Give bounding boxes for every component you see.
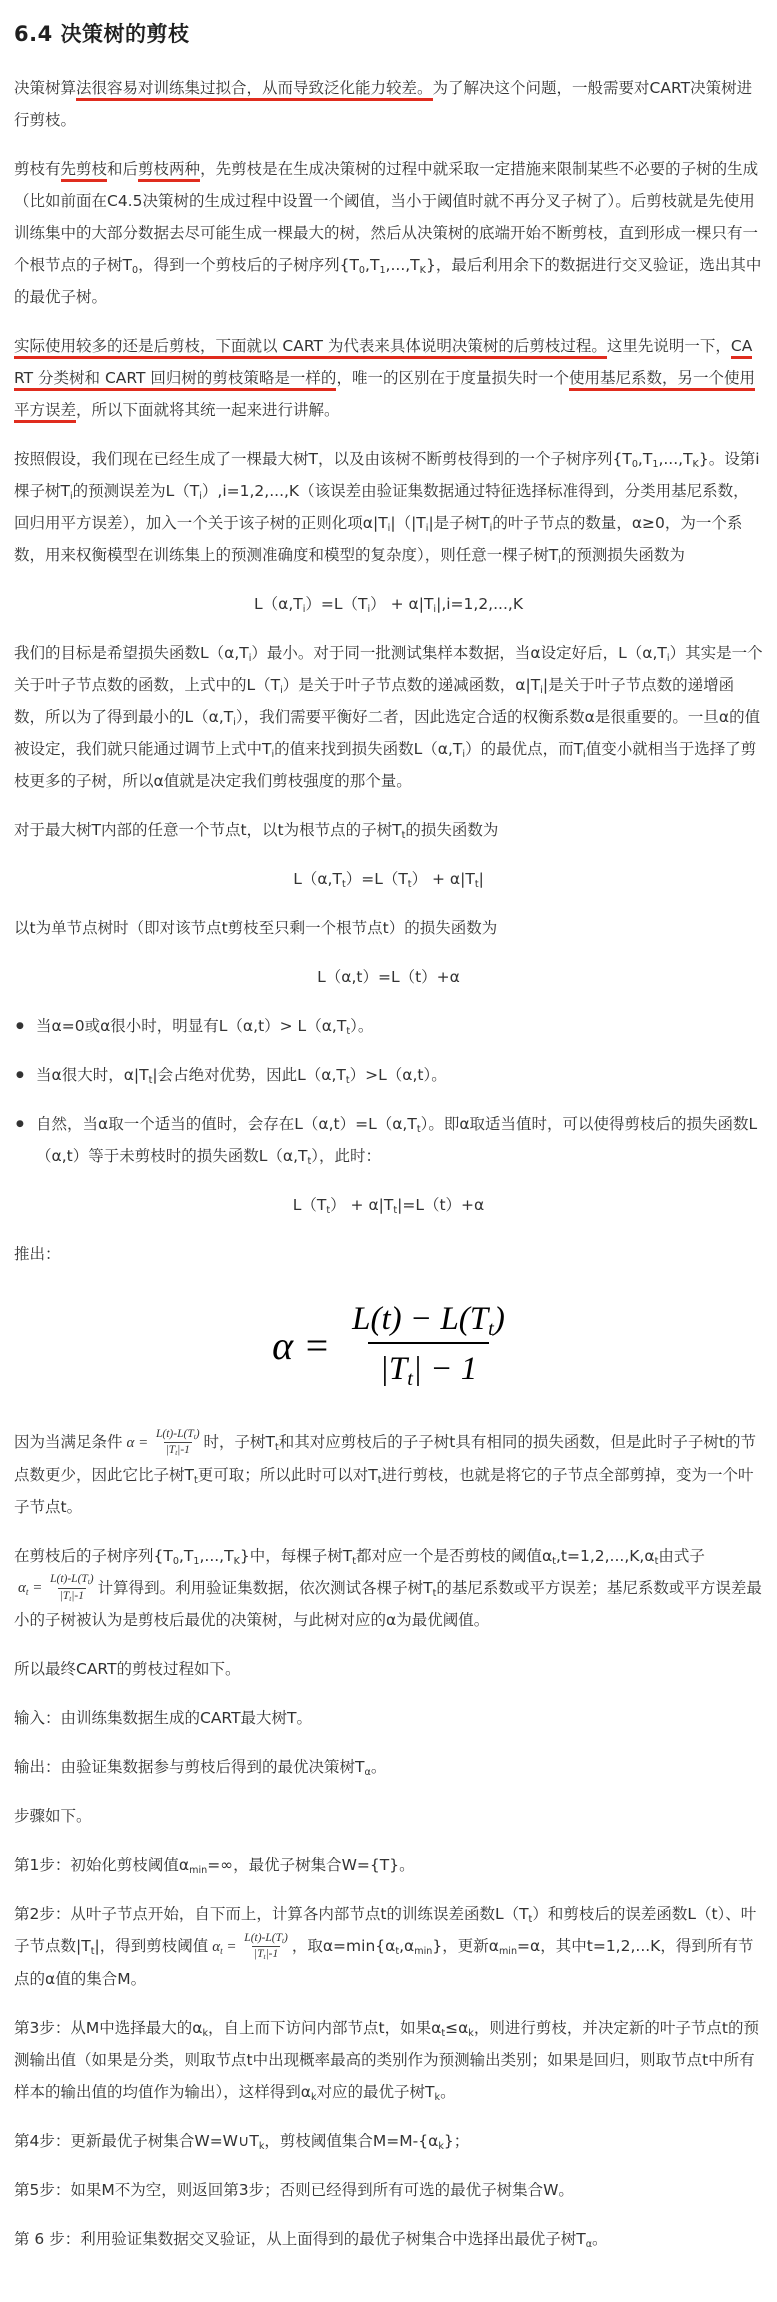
fraction-stack: L(t)-L(Tt)|Tt|-1: [50, 1572, 94, 1604]
fraction-stack: L(t)-L(Tt)|Tt|-1: [156, 1427, 200, 1459]
text-run: |,i=1,2,...,K: [436, 595, 523, 613]
text-run: ） + α|T: [412, 870, 475, 888]
paragraph: 第4步：更新最优子树集合W=W∪Tk，剪枝阈值集合M=M-{αk}；: [14, 2125, 763, 2157]
paragraph: 所以最终CART的剪枝过程如下。: [14, 1653, 763, 1685]
paragraph: 实际使用较多的还是后剪枝，下面就以 CART 为代表来具体说明决策树的后剪枝过程…: [14, 330, 763, 426]
formula-line: L（Tt） + α|Tt|=L（t）+α: [14, 1189, 763, 1221]
text-run: 第 6 步：利用验证集数据交叉验证，从上面得到的最优子树集合中选择出最优子树T: [14, 2230, 586, 2248]
text-run: ）是关于叶子节点数的递减函数，α|T: [283, 676, 540, 694]
bullet-item: ●当α很大时，α|Tt|会占绝对优势，因此L（α,Tt）>L（α,t）。: [14, 1059, 763, 1091]
text-run: min: [189, 1865, 207, 1876]
text-run: | − 1: [413, 1351, 477, 1387]
text-run: ，所以下面就将其统一起来进行讲解。: [76, 401, 340, 419]
text-run: L（α,t）=L（t）+α: [317, 968, 460, 986]
text-run: α =: [272, 1323, 340, 1368]
text-run: ): [90, 1573, 94, 1585]
inline-fraction: αt = L(t)-L(Tt)|Tt|-1: [212, 1931, 288, 1963]
text-run: 计算得到。利用验证集数据，依次测试各棵子树T: [98, 1579, 433, 1597]
text-run: ）。: [350, 1017, 373, 1035]
text-run: 我们的目标是希望损失函数L（α,T: [14, 644, 249, 662]
text-run: ），此时：: [311, 1147, 381, 1165]
text-run: 所以最终CART的剪枝过程如下。: [14, 1660, 241, 1678]
text-run: ，取α=min{α: [292, 1937, 396, 1955]
text-run: 由式子: [658, 1547, 705, 1565]
text-run: |: [479, 870, 484, 888]
text-run: 这里先说明一下，: [607, 337, 731, 355]
paragraph: 输出：由验证集数据参与剪枝后得到的最优决策树Tα。: [14, 1751, 763, 1783]
text-run: 输入：由训练集数据生成的CART最大树T。: [14, 1709, 312, 1727]
text-run: 第4步：更新最优子树集合W=W∪T: [14, 2132, 259, 2150]
text-run: 推出：: [14, 1245, 61, 1263]
text-run: }中，每棵子树T: [240, 1547, 352, 1565]
text-run: 第1步：初始化剪枝阈值α: [14, 1856, 189, 1874]
text-run: ,α: [399, 1937, 414, 1955]
bullet-icon: ●: [16, 1010, 24, 1042]
text-run: 第5步：如果M不为空，则返回第3步；否则已经得到所有可选的最优子树集合W。: [14, 2181, 574, 2199]
inline-fraction: α = L(t)-L(Tt)|Tt|-1: [127, 1427, 200, 1459]
text-run: ,T: [179, 1547, 193, 1565]
fraction-lead: α =: [272, 1322, 340, 1369]
text-run: }，更新α: [432, 1937, 499, 1955]
paragraph: 决策树算法很容易对训练集过拟合，从而导致泛化能力较差。为了解决这个问题，一般需要…: [14, 72, 763, 136]
text-run: 都对应一个是否剪枝的阈值α: [356, 1547, 552, 1565]
formula-line: L（α,Ti）=L（Ti） + α|Ti|,i=1,2,...,K: [14, 588, 763, 620]
text-run: ，唯一的区别在于度量损失时一个: [336, 369, 569, 387]
article-body: 决策树算法很容易对训练集过拟合，从而导致泛化能力较差。为了解决这个问题，一般需要…: [14, 72, 763, 2255]
text-run: ） + α|T: [370, 595, 433, 613]
text-run: ,t=1,2,...,K,α: [556, 1547, 655, 1565]
paragraph: 第 6 步：利用验证集数据交叉验证，从上面得到的最优子树集合中选择出最优子树Tα…: [14, 2223, 763, 2255]
paragraph: 推出：: [14, 1238, 763, 1270]
text-run: 按照假设，我们现在已经生成了一棵最大树T，以及由该树不断剪枝得到的一个子树序列{…: [14, 450, 632, 468]
paragraph: 输入：由训练集数据生成的CART最大树T。: [14, 1702, 763, 1734]
paragraph: 以t为单节点树时（即对该节点t剪枝至只剩一个根节点t）的损失函数为: [14, 912, 763, 944]
text-run: ，剪枝阈值集合M=M-{α: [264, 2132, 438, 2150]
paragraph: 剪枝有先剪枝和后剪枝两种，先剪枝是在生成决策树的过程中就采取一定措施来限制某些不…: [14, 153, 763, 313]
text-run: 在剪枝后的子树序列{T: [14, 1547, 173, 1565]
fraction-denominator: |Tt|-1: [164, 1442, 192, 1459]
inline-fraction: α = L(t) − L(Tt)|Tt| − 1: [272, 1296, 505, 1394]
text-run: }；: [444, 2132, 469, 2150]
article-page: 6.4 决策树的剪枝 决策树算法很容易对训练集过拟合，从而导致泛化能力较差。为了…: [0, 0, 777, 2302]
text-run: L（T: [293, 1196, 327, 1214]
text-run: α =: [127, 1435, 153, 1451]
fraction-lead: α =: [127, 1427, 153, 1459]
text-run: 当α=0或α很小时，明显有L（α,t）> L（α,T: [36, 1017, 346, 1035]
text-run: 时，子树T: [204, 1433, 275, 1451]
text-run: =: [28, 1580, 46, 1596]
text-run: 对于最大树T内部的任意一个节点t，以t为根节点的子树T: [14, 821, 402, 839]
text-run: 的损失函数为: [405, 821, 498, 839]
text-run: 第3步：从M中选择最大的α: [14, 2019, 202, 2037]
text-run: α: [18, 1580, 26, 1596]
red-underlined-text: 先剪枝: [61, 160, 108, 182]
paragraph: 步骤如下。: [14, 1800, 763, 1832]
text-run: |，得到剪枝阈值: [94, 1937, 208, 1955]
text-run: ，得到一个剪枝后的子树序列{T: [138, 256, 359, 274]
fraction-denominator: |Tt| − 1: [368, 1342, 489, 1394]
bullet-icon: ●: [16, 1108, 24, 1140]
text-run: 因为当满足条件: [14, 1433, 123, 1451]
text-run: ≤α: [445, 2019, 468, 2037]
text-run: =: [223, 1939, 241, 1955]
red-underlined-text: 剪枝两种: [138, 160, 200, 182]
text-run: L（α,T: [293, 870, 342, 888]
text-run: 。: [592, 2230, 608, 2248]
section-title: 6.4 决策树的剪枝: [14, 18, 763, 48]
text-run: ,T: [365, 256, 379, 274]
fraction-numerator: L(t) − L(Tt): [352, 1296, 505, 1342]
text-run: ): [196, 1428, 200, 1440]
text-run: ): [284, 1932, 288, 1944]
text-run: |=L（t）+α: [397, 1196, 484, 1214]
text-run: 。: [371, 1758, 387, 1776]
text-run: |-1: [177, 1444, 190, 1456]
paragraph: 我们的目标是希望损失函数L（α,Ti）最小。对于同一批测试集样本数据，当α设定好…: [14, 637, 763, 797]
red-underlined-text: 法很容易对训练集过拟合，从而导致泛化能力较差。: [76, 79, 433, 101]
text-run: =∞，最优子树集合W={T}。: [207, 1856, 414, 1874]
text-run: ): [494, 1301, 505, 1337]
fraction-denominator: |Tt|-1: [58, 1588, 86, 1605]
text-run: min: [499, 1946, 517, 1957]
bullet-item: ●当α=0或α很小时，明显有L（α,t）> L（α,Tt）。: [14, 1010, 763, 1042]
paragraph: 第5步：如果M不为空，则返回第3步；否则已经得到所有可选的最优子树集合W。: [14, 2174, 763, 2206]
text-run: ,...,T: [386, 256, 420, 274]
text-run: ，自上而下访问内部节点t，如果α: [208, 2019, 441, 2037]
text-run: ）最小。对于同一批测试集样本数据，当α设定好后，L（α,T: [251, 644, 666, 662]
red-underlined-text: 实际使用较多的还是后剪枝，下面就以 CART 为代表来具体说明决策树的后剪枝过程…: [14, 337, 607, 359]
formula-line: L（α,Tt）=L（Tt） + α|Tt|: [14, 863, 763, 895]
text-run: |-1: [265, 1948, 278, 1960]
text-run: 剪枝有: [14, 160, 61, 178]
paragraph: 在剪枝后的子树序列{T0,T1,...,TK}中，每棵子树Tt都对应一个是否剪枝…: [14, 1540, 763, 1637]
text-run: α: [212, 1939, 220, 1955]
fraction-lead: αt =: [212, 1931, 240, 1963]
text-run: |-1: [71, 1590, 84, 1602]
text-run: |T: [60, 1590, 70, 1602]
formula-line: L（α,t）=L（t）+α: [14, 961, 763, 993]
text-run: L(t)-L(T: [50, 1573, 88, 1585]
fraction-numerator: L(t)-L(Tt): [50, 1572, 94, 1588]
text-run: 以t为单节点树时（即对该节点t剪枝至只剩一个根节点t）的损失函数为: [14, 919, 497, 937]
text-run: ,T: [638, 450, 652, 468]
bullet-item: ●自然，当α取一个适当的值时，会存在L（α,t）=L（α,Tt）。即α取适当值时…: [14, 1108, 763, 1172]
text-run: L（α,T: [254, 595, 303, 613]
text-run: 更可取；所以此时可以对T: [198, 1466, 378, 1484]
text-run: L(t) − L(T: [352, 1301, 488, 1337]
text-run: |会占绝对优势，因此L（α,T: [152, 1066, 345, 1084]
text-run: 。: [440, 2083, 456, 2101]
text-run: 的预测损失函数为: [561, 546, 685, 564]
text-run: 步骤如下。: [14, 1807, 92, 1825]
text-run: min: [414, 1946, 432, 1957]
text-run: ）>L（α,t）。: [350, 1066, 447, 1084]
paragraph: 第3步：从M中选择最大的αk，自上而下访问内部节点t，如果αt≤αk，则进行剪枝…: [14, 2012, 763, 2108]
text-run: ,...,T: [658, 450, 692, 468]
text-run: ）=L（T: [305, 595, 367, 613]
fraction-denominator: |Tt|-1: [252, 1946, 280, 1963]
paragraph: 第2步：从叶子节点开始，自下而上，计算各内部节点t的训练误差函数L（Tt）和剪枝…: [14, 1898, 763, 1995]
text-run: 和后: [107, 160, 138, 178]
text-run: L(t)-L(T: [156, 1428, 194, 1440]
text-run: |T: [166, 1444, 176, 1456]
fraction-numerator: L(t)-L(Tt): [156, 1427, 200, 1443]
text-run: |（|T: [390, 514, 425, 532]
text-run: 第2步：从叶子节点开始，自下而上，计算各内部节点t的训练误差函数L（T: [14, 1905, 529, 1923]
text-run: ）=L（T: [346, 870, 408, 888]
text-run: 的值来找到损失函数L（α,T: [274, 740, 462, 758]
text-run: 对应的最优子树T: [317, 2083, 435, 2101]
bullet-icon: ●: [16, 1059, 24, 1091]
paragraph: 第1步：初始化剪枝阈值αmin=∞，最优子树集合W={T}。: [14, 1849, 763, 1881]
text-run: ） + α|T: [330, 1196, 393, 1214]
fraction-lead: αt =: [18, 1572, 46, 1604]
text-run: 自然，当α取一个适当的值时，会存在L（α,t）=L（α,T: [36, 1115, 417, 1133]
inline-fraction: αt = L(t)-L(Tt)|Tt|-1: [18, 1572, 94, 1604]
text-run: |是子树T: [428, 514, 489, 532]
text-run: ）的最优点，而T: [465, 740, 583, 758]
fraction-numerator: L(t)-L(Tt): [244, 1931, 288, 1947]
text-run: 当α很大时，α|T: [36, 1066, 149, 1084]
text-run: |T: [380, 1351, 407, 1387]
paragraph: 按照假设，我们现在已经生成了一棵最大树T，以及由该树不断剪枝得到的一个子树序列{…: [14, 443, 763, 571]
text-run: 输出：由验证集数据参与剪枝后得到的最优决策树T: [14, 1758, 364, 1776]
text-run: ,...,T: [199, 1547, 233, 1565]
paragraph: 对于最大树T内部的任意一个节点t，以t为根节点的子树Tt的损失函数为: [14, 814, 763, 846]
text-run: 的预测误差为L（T: [73, 482, 200, 500]
paragraph: 因为当满足条件α = L(t)-L(Tt)|Tt|-1时，子树Tt和其对应剪枝后…: [14, 1426, 763, 1523]
text-run: 决策树算: [14, 79, 76, 97]
text-run: L(t)-L(T: [244, 1932, 282, 1944]
display-formula: α = L(t) − L(Tt)|Tt| − 1: [14, 1296, 763, 1394]
fraction-stack: L(t)-L(Tt)|Tt|-1: [244, 1931, 288, 1963]
fraction-stack: L(t) − L(Tt)|Tt| − 1: [352, 1296, 505, 1394]
